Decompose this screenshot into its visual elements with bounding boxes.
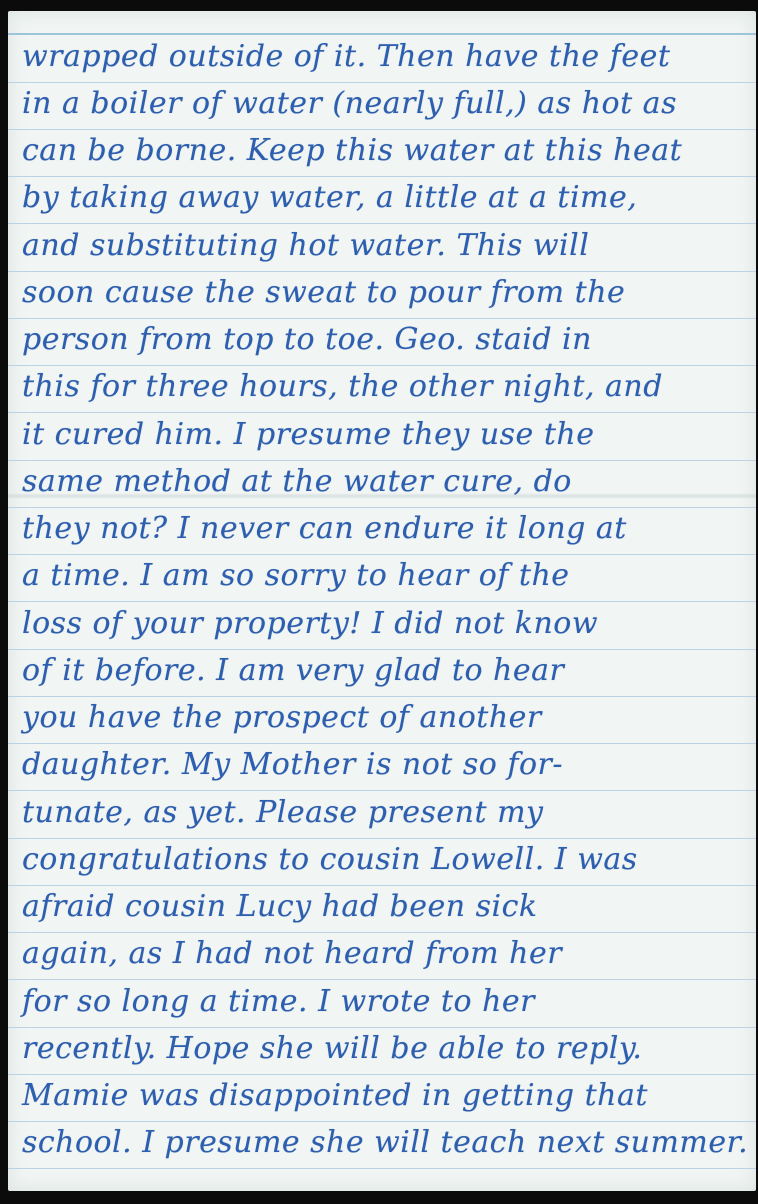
letter-line: daughter. My Mother is not so for- bbox=[22, 743, 748, 787]
letter-line: recently. Hope she will be able to reply… bbox=[22, 1027, 748, 1071]
letter-line: in a boiler of water (nearly full,) as h… bbox=[22, 82, 748, 126]
letter-line: tunate, as yet. Please present my bbox=[22, 791, 748, 835]
letter-line: this for three hours, the other night, a… bbox=[22, 365, 748, 409]
letter-line: school. I presume she will teach next su… bbox=[22, 1121, 747, 1165]
letter-line: they not? I never can endure it long at bbox=[22, 507, 748, 551]
ruling-line bbox=[8, 1168, 756, 1169]
letter-line: it cured him. I presume they use the bbox=[22, 413, 748, 457]
letter-line: congratulations to cousin Lowell. I was bbox=[22, 838, 748, 882]
letter-line: by taking away water, a little at a time… bbox=[22, 176, 748, 220]
letter-line: and substituting hot water. This will bbox=[22, 224, 748, 268]
letter-line: for so long a time. I wrote to her bbox=[22, 980, 748, 1024]
letter-line: a time. I am so sorry to hear of the bbox=[22, 554, 748, 598]
letter-line: same method at the water cure, do bbox=[22, 460, 748, 504]
letter-line: wrapped outside of it. Then have the fee… bbox=[22, 35, 748, 79]
letter-line: again, as I had not heard from her bbox=[22, 932, 748, 976]
letter-line: soon cause the sweat to pour from the bbox=[22, 271, 748, 315]
letter-line: afraid cousin Lucy had been sick bbox=[22, 885, 748, 929]
letter-line: loss of your property! I did not know bbox=[22, 602, 748, 646]
letter-line: Mamie was disappointed in getting that bbox=[22, 1074, 748, 1118]
letter-line: can be borne. Keep this water at this he… bbox=[22, 129, 748, 173]
letter-line: of it before. I am very glad to hear bbox=[22, 649, 748, 693]
letter-line: you have the prospect of another bbox=[22, 696, 748, 740]
letter-page: wrapped outside of it. Then have the fee… bbox=[8, 11, 756, 1191]
letter-line: person from top to toe. Geo. staid in bbox=[22, 318, 748, 362]
